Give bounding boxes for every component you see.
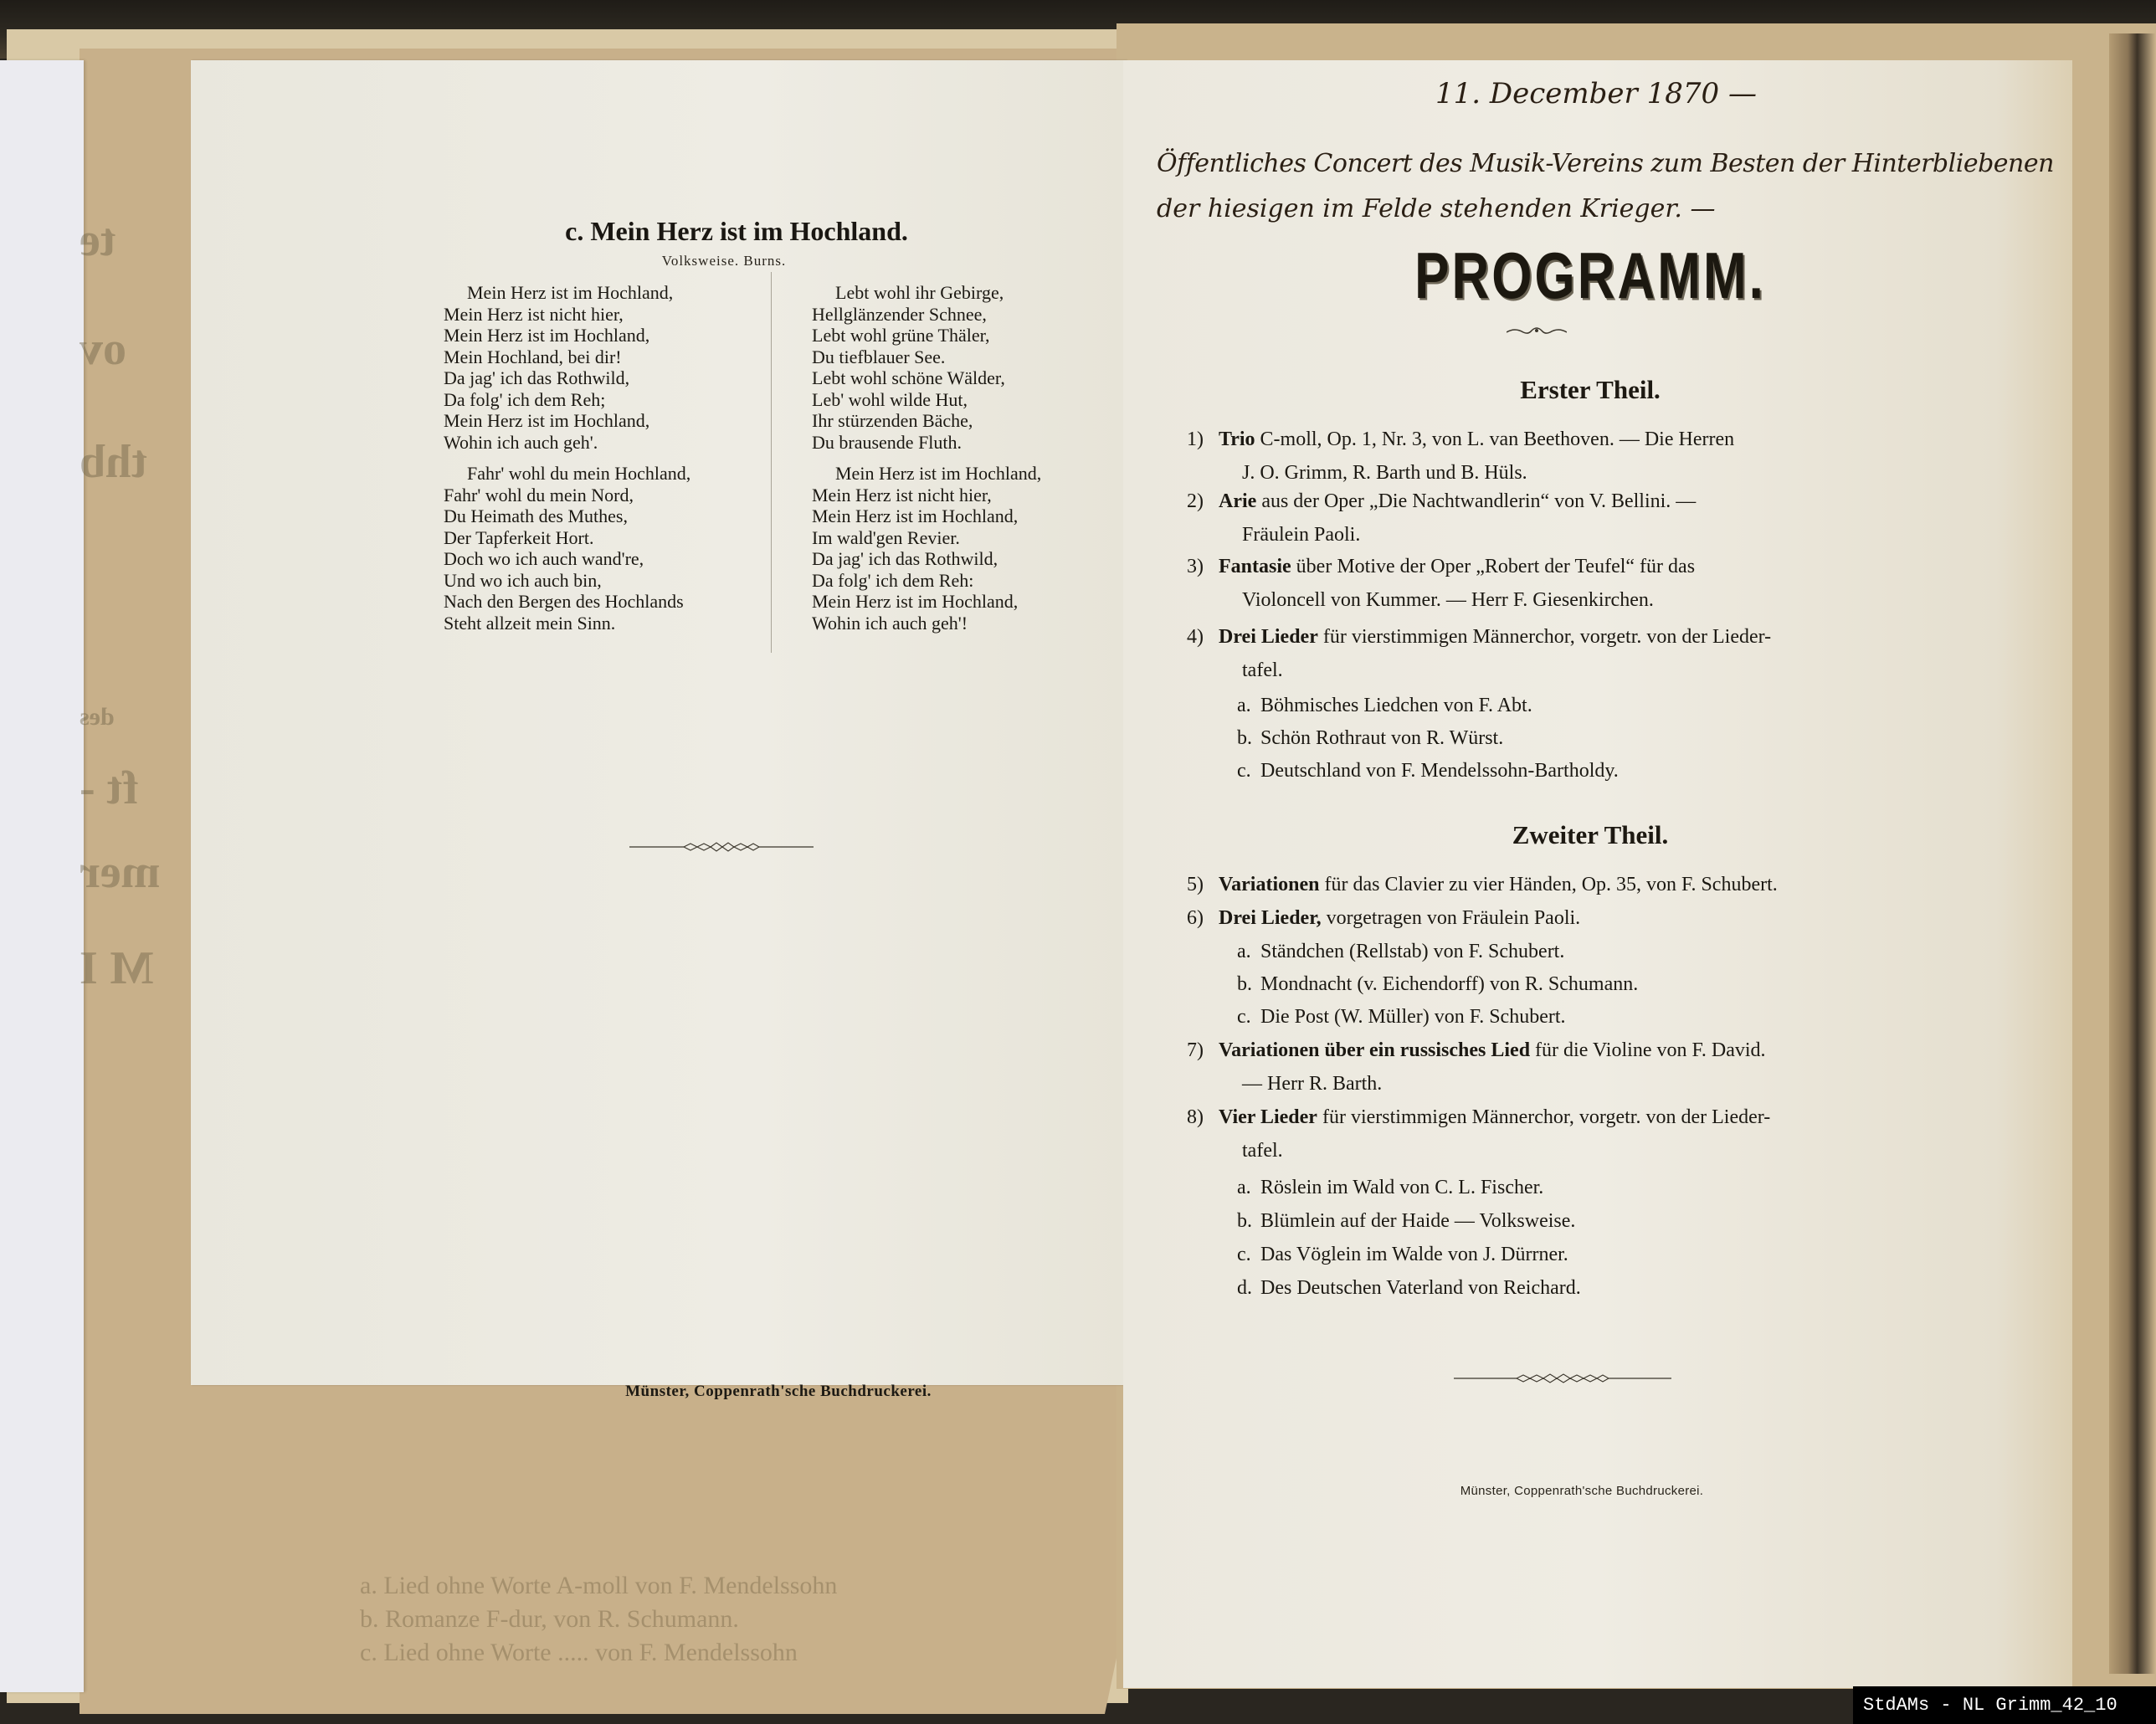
- item-text: vorgetragen von Fräulein Paoli.: [1327, 907, 1581, 929]
- item-text: für vierstimmigen Männerchor, vorgetr. v…: [1322, 1106, 1770, 1128]
- sub-item: a. Böhmisches Liedchen von F. Abt.: [1237, 695, 1532, 717]
- item-text: über Motive der Oper „Robert der Teufel“…: [1296, 556, 1695, 577]
- bleed-through-word: ov: [80, 322, 197, 376]
- item-title: Drei Lieder: [1219, 626, 1318, 648]
- lyric-line: Mein Herz ist im Hochland,: [812, 591, 1041, 613]
- lyric-line: Fahr' wohl du mein Hochland,: [444, 463, 690, 485]
- bleed-line: a. Lied ohne Worte A-moll von F. Mendels…: [360, 1569, 1113, 1603]
- lyric-line: Ihr stürzenden Bäche,: [812, 410, 1041, 432]
- sub-item-text: Böhmisches Liedchen von F. Abt.: [1260, 695, 1532, 716]
- bleed-line: c. Lied ohne Worte ..... von F. Mendelss…: [360, 1636, 1113, 1670]
- item-number: 8): [1187, 1106, 1214, 1129]
- lyric-line: Mein Herz ist im Hochland,: [444, 282, 690, 304]
- program-item: 1) Trio C-moll, Op. 1, Nr. 3, von L. van…: [1187, 428, 1932, 451]
- item-text: für vierstimmigen Männerchor, vorgetr. v…: [1323, 626, 1771, 648]
- lyric-line: Da jag' ich das Rothwild,: [812, 548, 1041, 570]
- sub-item: c. Deutschland von F. Mendelssohn-Bartho…: [1237, 760, 1619, 782]
- lyric-line: Mein Herz ist im Hochland,: [444, 410, 690, 432]
- lyric-line: Hellglänzender Schnee,: [812, 304, 1041, 326]
- sub-item-letter: d.: [1237, 1277, 1255, 1300]
- program-item: 8) Vier Lieder für vierstimmigen Männerc…: [1187, 1106, 1932, 1129]
- lyric-line: Da jag' ich das Rothwild,: [444, 367, 690, 389]
- printer-imprint-right: Münster, Coppenrath'sche Buchdruckerei.: [1289, 1484, 1875, 1498]
- program-item: 2) Arie aus der Oper „Die Nachtwandlerin…: [1187, 490, 1932, 513]
- sub-item: c. Das Vöglein im Walde von J. Dürrner.: [1237, 1244, 1568, 1266]
- column-divider: [771, 272, 772, 653]
- song-title: c. Mein Herz ist im Hochland.: [469, 216, 1004, 247]
- lyric-line: Lebt wohl schöne Wälder,: [812, 367, 1041, 389]
- item-number: 1): [1187, 428, 1214, 451]
- item-title: Arie: [1219, 490, 1256, 512]
- sub-item: d. Des Deutschen Vaterland von Reichard.: [1237, 1277, 1581, 1300]
- item-text: für das Clavier zu vier Händen, Op. 35, …: [1324, 874, 1777, 895]
- sub-item-letter: b.: [1237, 727, 1255, 750]
- part-one-heading: Erster Theil.: [1255, 375, 1925, 405]
- ornament-divider-icon: [629, 841, 814, 853]
- item-continuation: J. O. Grimm, R. Barth und B. Hüls.: [1242, 462, 1527, 485]
- lyric-line: Du tiefblauer See.: [812, 346, 1041, 368]
- program-item: 5) Variationen für das Clavier zu vier H…: [1187, 874, 1932, 896]
- item-number: 7): [1187, 1039, 1214, 1062]
- archive-caption: StdAMs - NL Grimm_42_10: [1853, 1686, 2156, 1724]
- program-item: 3) Fantasie über Motive der Oper „Robert…: [1187, 556, 1932, 578]
- ornament-divider-icon: [1454, 1373, 1671, 1384]
- program-item: 4) Drei Lieder für vierstimmigen Männerc…: [1187, 626, 1932, 649]
- lyric-line: Mein Herz ist nicht hier,: [812, 485, 1041, 506]
- bleed-through-word: ft -: [80, 762, 197, 815]
- lyric-line: Du Heimath des Muthes,: [444, 505, 690, 527]
- item-title: Variationen: [1219, 874, 1319, 895]
- lyric-line: Wohin ich auch geh'.: [444, 432, 690, 454]
- lyric-line: Und wo ich auch bin,: [444, 570, 690, 592]
- item-number: 2): [1187, 490, 1214, 513]
- item-continuation: Violoncell von Kummer. — Herr F. Giesenk…: [1242, 589, 1654, 612]
- sub-item-text: Schön Rothraut von R. Würst.: [1260, 727, 1503, 749]
- sub-item-letter: c.: [1237, 1006, 1255, 1029]
- item-title: Variationen über ein russisches Lied: [1219, 1039, 1530, 1061]
- item-title: Fantasie: [1219, 556, 1291, 577]
- sub-item-text: Des Deutschen Vaterland von Reichard.: [1260, 1277, 1581, 1299]
- item-number: 5): [1187, 874, 1214, 896]
- lyric-line: Mein Herz ist nicht hier,: [444, 304, 690, 326]
- lyric-line: Da folg' ich dem Reh:: [812, 570, 1041, 592]
- program-item: 7) Variationen über ein russisches Lied …: [1187, 1039, 1932, 1062]
- item-number: 6): [1187, 907, 1214, 930]
- lyric-line: Mein Herz ist im Hochland,: [812, 463, 1041, 485]
- item-continuation: tafel.: [1242, 659, 1283, 682]
- lyric-line: Fahr' wohl du mein Nord,: [444, 485, 690, 506]
- lyric-line: Lebt wohl ihr Gebirge,: [812, 282, 1041, 304]
- sub-item-letter: a.: [1237, 695, 1255, 717]
- program-title: PROGRAMM.: [1255, 239, 1925, 314]
- handwritten-date: 11. December 1870 —: [1435, 77, 1757, 110]
- item-text: C-moll, Op. 1, Nr. 3, von L. van Beethov…: [1260, 428, 1735, 450]
- sub-item: b. Blümlein auf der Haide — Volksweise.: [1237, 1210, 1575, 1233]
- sub-item-letter: b.: [1237, 1210, 1255, 1233]
- item-title: Vier Lieder: [1219, 1106, 1317, 1128]
- lyric-line: Doch wo ich auch wand're,: [444, 548, 690, 570]
- item-title: Drei Lieder,: [1219, 907, 1322, 929]
- flourish-ornament-icon: [1507, 325, 1567, 338]
- lyric-line: Da folg' ich dem Reh;: [444, 389, 690, 411]
- sub-item-text: Ständchen (Rellstab) von F. Schubert.: [1260, 941, 1564, 962]
- lyric-line: Der Tapferkeit Hort.: [444, 527, 690, 549]
- sub-item-text: Blümlein auf der Haide — Volksweise.: [1260, 1210, 1575, 1232]
- lyrics-column-2: Lebt wohl ihr Gebirge, Hellglänzender Sc…: [812, 282, 1041, 634]
- item-continuation: Fräulein Paoli.: [1242, 524, 1360, 546]
- lyric-line: Mein Herz ist im Hochland,: [812, 505, 1041, 527]
- bleed-through-word: M I: [80, 942, 197, 995]
- lyric-line: Lebt wohl grüne Thäler,: [812, 325, 1041, 346]
- handwritten-note-line-1: Öffentliches Concert des Musik-Vereins z…: [1157, 149, 2054, 178]
- sub-item-text: Röslein im Wald von C. L. Fischer.: [1260, 1177, 1543, 1198]
- sub-item-text: Deutschland von F. Mendelssohn-Bartholdy…: [1260, 760, 1619, 782]
- item-text: aus der Oper „Die Nachtwandlerin“ von V.…: [1261, 490, 1696, 512]
- page-edges: [2109, 33, 2156, 1674]
- sub-item-text: Mondnacht (v. Eichendorff) von R. Schuma…: [1260, 973, 1638, 995]
- sub-item-text: Das Vöglein im Walde von J. Dürrner.: [1260, 1244, 1568, 1265]
- bleed-through-word: des: [80, 703, 197, 731]
- sub-item: b. Mondnacht (v. Eichendorff) von R. Sch…: [1237, 973, 1638, 996]
- item-title: Trio: [1219, 428, 1255, 450]
- sub-item-letter: c.: [1237, 760, 1255, 782]
- sub-item: a. Ständchen (Rellstab) von F. Schubert.: [1237, 941, 1564, 963]
- item-number: 4): [1187, 626, 1214, 649]
- stanza-gap: [444, 453, 690, 463]
- sub-item-text: Die Post (W. Müller) von F. Schubert.: [1260, 1006, 1566, 1028]
- white-insert-sheet: [0, 60, 84, 1692]
- lyric-line: Mein Herz ist im Hochland,: [444, 325, 690, 346]
- program-item: 6) Drei Lieder, vorgetragen von Fräulein…: [1187, 907, 1932, 930]
- lyric-line: Leb' wohl wilde Hut,: [812, 389, 1041, 411]
- sub-item-letter: b.: [1237, 973, 1255, 996]
- part-two-heading: Zweiter Theil.: [1255, 820, 1925, 850]
- song-subtitle: Volksweise. Burns.: [586, 253, 862, 269]
- lyric-line: Im wald'gen Revier.: [812, 527, 1041, 549]
- sub-item: c. Die Post (W. Müller) von F. Schubert.: [1237, 1006, 1566, 1029]
- item-text: für die Violine von F. David.: [1535, 1039, 1766, 1061]
- lyrics-column-1: Mein Herz ist im Hochland, Mein Herz ist…: [444, 282, 690, 634]
- item-number: 3): [1187, 556, 1214, 578]
- printer-imprint-left: Münster, Coppenrath'sche Buchdruckerei.: [586, 1383, 971, 1401]
- item-continuation: — Herr R. Barth.: [1242, 1073, 1382, 1095]
- sub-item-letter: a.: [1237, 1177, 1255, 1199]
- item-continuation: tafel.: [1242, 1140, 1283, 1162]
- bleed-line: b. Romanze F-dur, von R. Schumann.: [360, 1603, 1113, 1636]
- sub-item-letter: c.: [1237, 1244, 1255, 1266]
- handwritten-note-line-2: der hiesigen im Felde stehenden Krieger.…: [1157, 194, 1716, 223]
- lyric-line: Nach den Bergen des Hochlands: [444, 591, 690, 613]
- stanza-gap: [812, 453, 1041, 463]
- bleed-through-bottom: a. Lied ohne Worte A-moll von F. Mendels…: [360, 1569, 1113, 1670]
- bleed-through-word: mer: [80, 845, 197, 899]
- bleed-through-word: thb: [80, 435, 197, 489]
- lyric-line: Mein Hochland, bei dir!: [444, 346, 690, 368]
- lyric-line: Wohin ich auch geh'!: [812, 613, 1041, 634]
- lyric-line: Du brausende Fluth.: [812, 432, 1041, 454]
- sub-item: a. Röslein im Wald von C. L. Fischer.: [1237, 1177, 1543, 1199]
- bleed-through-word: te: [80, 213, 197, 267]
- sub-item: b. Schön Rothraut von R. Würst.: [1237, 727, 1503, 750]
- lyric-line: Steht allzeit mein Sinn.: [444, 613, 690, 634]
- sub-item-letter: a.: [1237, 941, 1255, 963]
